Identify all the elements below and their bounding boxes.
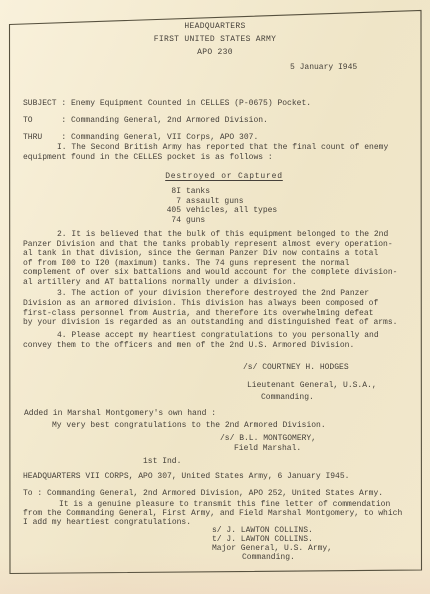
equipment-list: 8Itanks 7assault guns 405vehicles, all t… [166,187,277,225]
hodges-role: Commanding. [261,393,314,402]
to-line: TO : Commanding General, 2nd Armored Div… [23,112,311,129]
montgomery-hand-note: My very best congratulations to the 2nd … [52,421,326,430]
vii-corps-headquarters-line: HEADQUARTERS VII CORPS, APO 307, United … [23,472,349,481]
letterhead-line-1: HEADQUARTERS [0,20,430,33]
indorsement-paragraph: It is a genuine pleasure to transmit thi… [23,501,402,527]
document-page: HEADQUARTERS FIRST UNITED STATES ARMY AP… [0,0,430,594]
equipment-row: 8Itanks [166,187,277,197]
indorsement-to-line: To : Commanding General, 2nd Armored Div… [23,489,383,498]
paragraph-1: I. The Second British Army has reported … [23,143,388,163]
collins-role: Commanding. [242,554,332,563]
hodges-title: Lieutenant General, U.S.A., [247,381,377,390]
paragraph-3: 3. The action of your division therefore… [23,289,397,328]
equipment-count: 7 [166,197,181,207]
equipment-item: vehicles, all types [186,206,277,215]
equipment-item: assault guns [186,197,244,206]
equipment-count: 74 [166,216,181,226]
collins-signature-block: s/ J. LAWTON COLLINS. t/ J. LAWTON COLLI… [212,527,332,563]
equipment-count: 8I [166,187,181,197]
paragraph-2: 2. It is believed that the bulk of this … [23,230,397,288]
montgomery-hand-note-label: Added in Marshal Montgomery's own hand : [24,409,216,418]
letterhead-line-3: APO 230 [0,46,430,59]
equipment-row: 74guns [166,216,277,226]
montgomery-signature: /s/ B.L. MONTGOMERY, [220,434,316,443]
letterhead-line-2: FIRST UNITED STATES ARMY [0,33,430,46]
document-date: 5 January I945 [290,63,357,72]
first-indorsement-label: 1st Ind. [143,457,181,466]
equipment-row: 405vehicles, all types [166,206,277,216]
equipment-count: 405 [166,206,181,216]
equipment-item: tanks [186,187,210,196]
subject-line: SUBJECT : Enemy Equipment Counted in CEL… [23,95,311,112]
equipment-item: guns [186,216,205,225]
paragraph-4: 4. Please accept my heartiest congratula… [23,331,379,351]
letterhead: HEADQUARTERS FIRST UNITED STATES ARMY AP… [0,20,430,60]
equipment-row: 7assault guns [166,197,277,207]
montgomery-title: Field Marshal. [234,444,301,453]
heading-block: SUBJECT : Enemy Equipment Counted in CEL… [23,95,311,147]
captured-list-title: Destroyed or Captured [0,172,430,181]
hodges-signature: /s/ COURTNEY H. HODGES [243,363,349,372]
